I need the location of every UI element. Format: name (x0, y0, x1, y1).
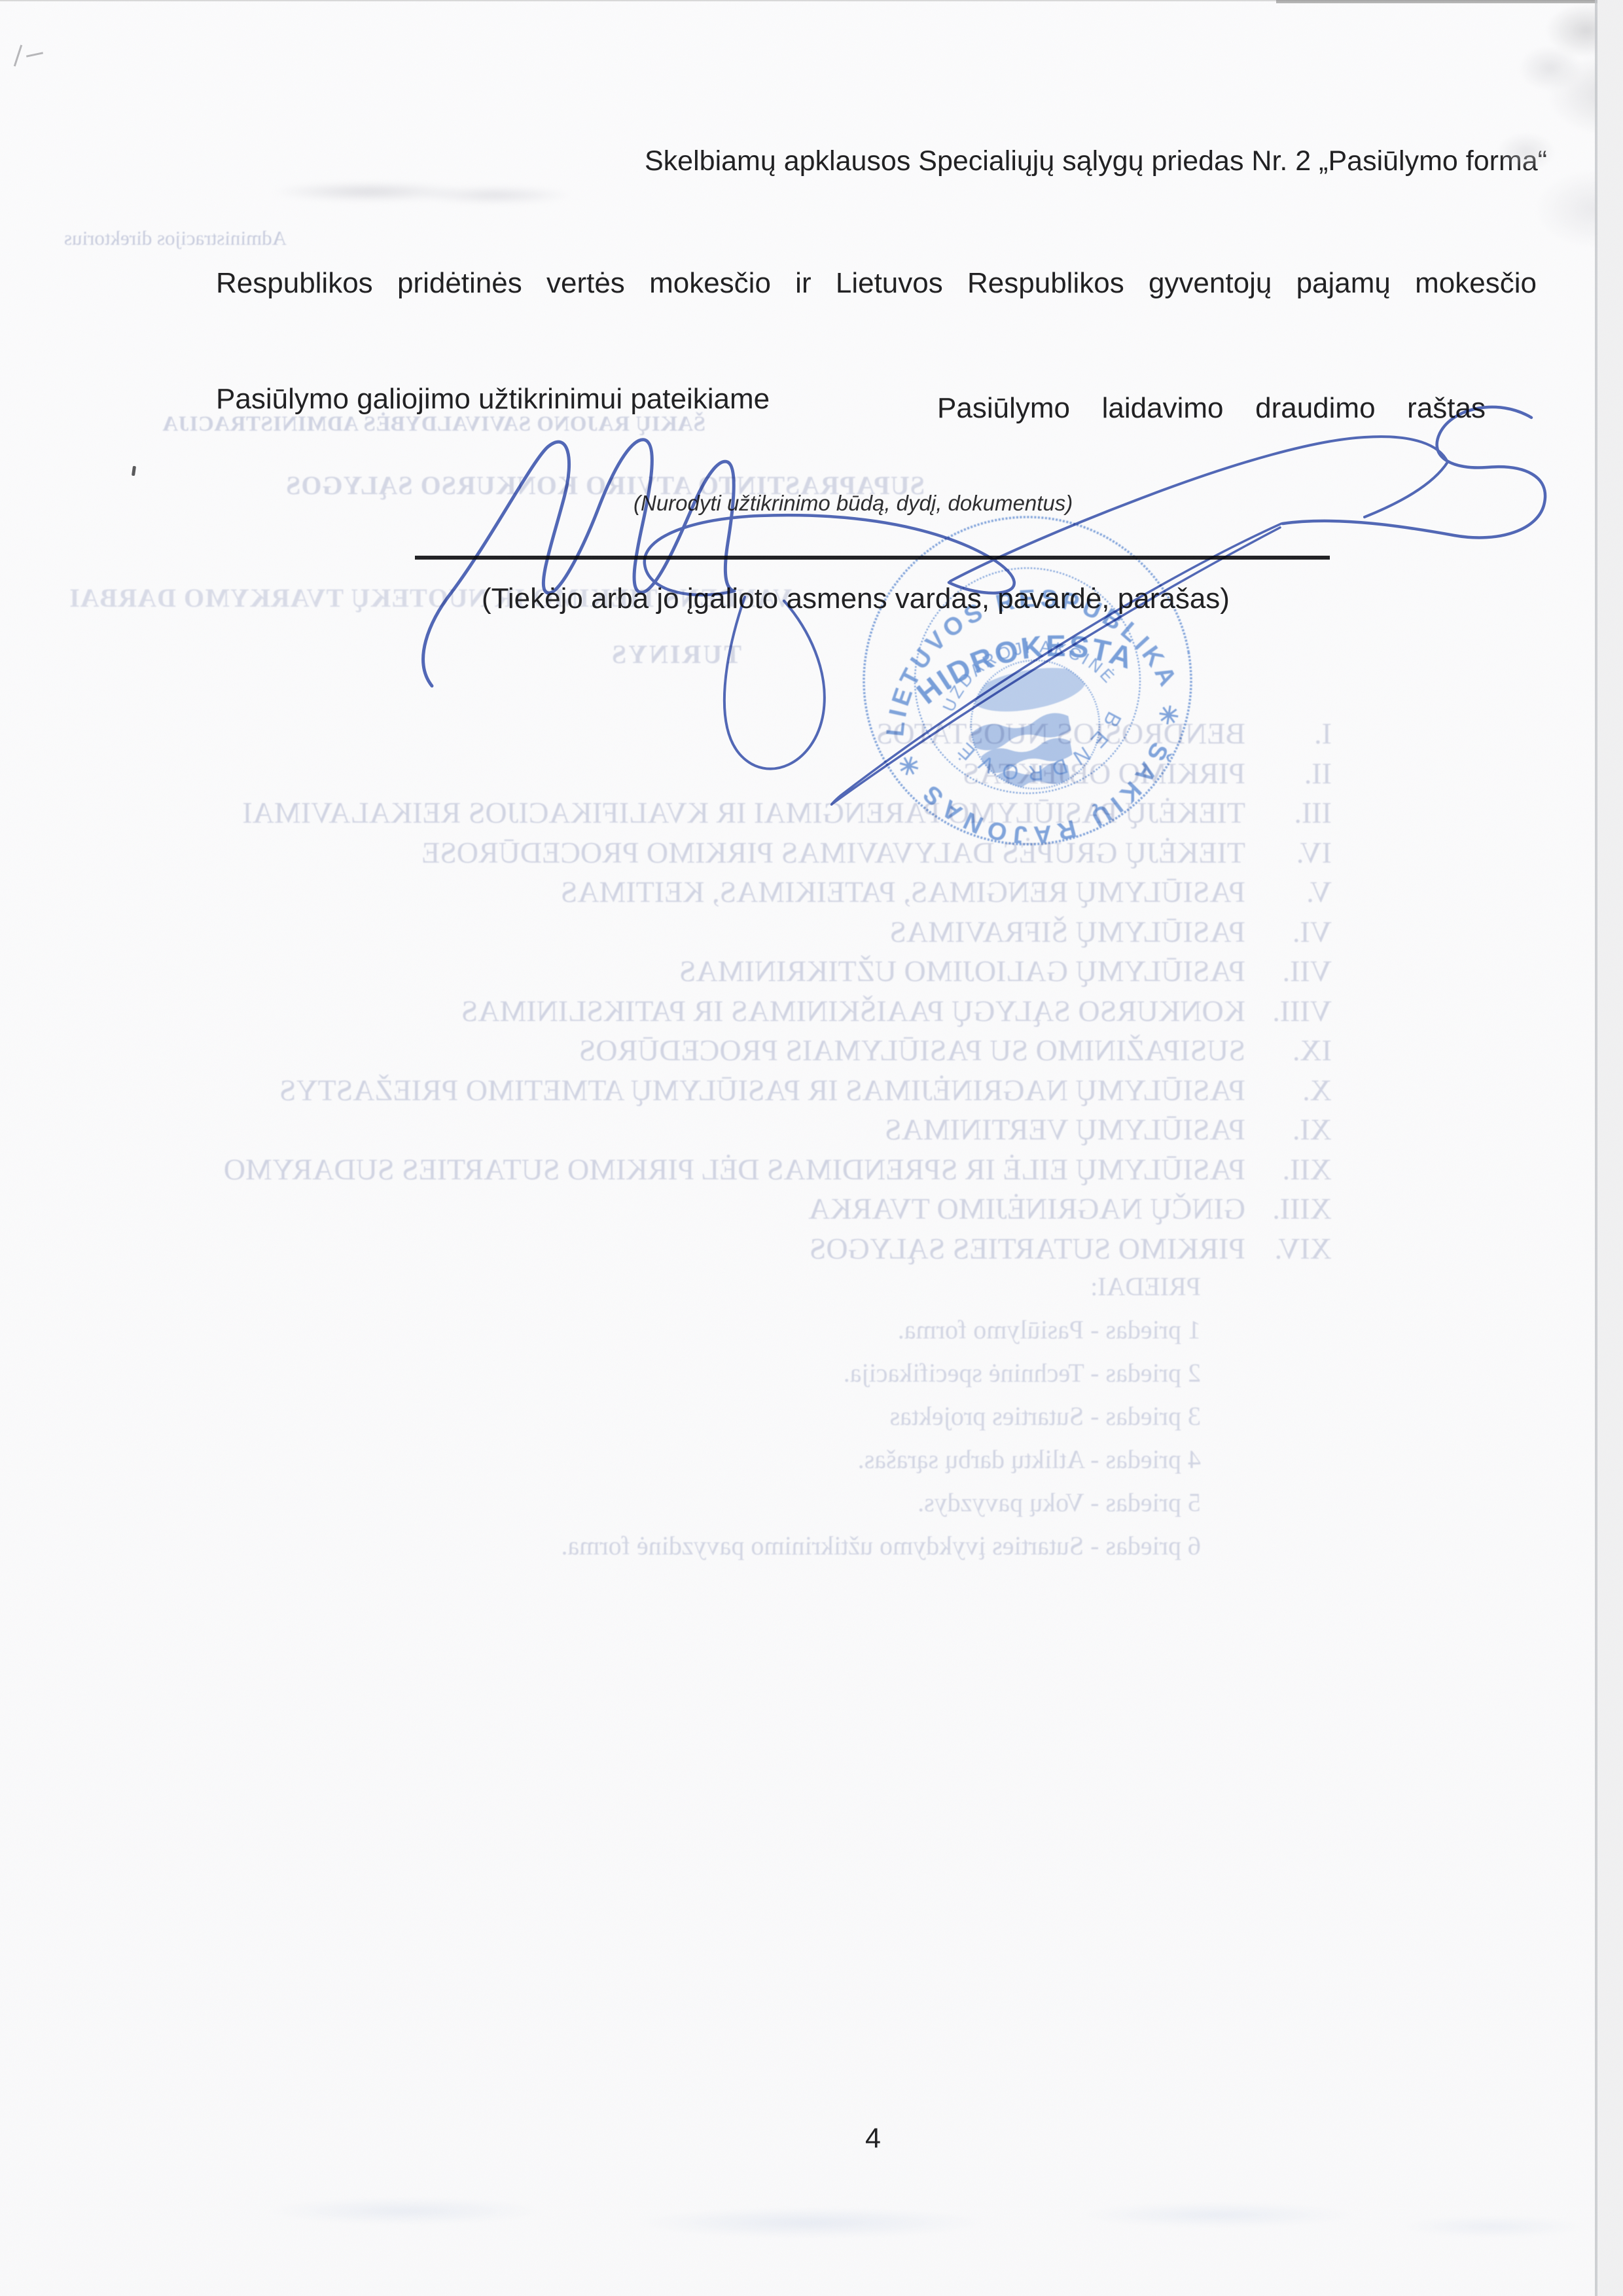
ghost-toc-row: V. PASIŪLYMŲ RENGIMAS, PATEIKIMAS, KEITI… (294, 877, 1332, 917)
ghost-appendix-item: 5 priedas - Vokų pavyzdys. (294, 1490, 1332, 1533)
guarantee-note: (Nurodyti užtikrinimo būdą, dydį, dokume… (633, 492, 1073, 514)
ghost-toc-row: IX. SUSIPAŽINIMO SU PASIŪLYMAIS PROCEDŪR… (294, 1035, 1332, 1075)
ghost-toc-numeral: III. (1245, 798, 1332, 828)
guarantee-value-line1: Pasiūlymo laidavimo draudimo raštas (937, 385, 1486, 478)
guarantee-label: Pasiūlymo galiojimo užtikrinimui pateiki… (216, 385, 770, 414)
ghost-appendix-item: 3 priedas - Sutarties projektas (294, 1403, 1332, 1446)
ghost-toc-text: PASIŪLYMŲ GALIOJIMO UŽTIKRINIMAS (679, 956, 1245, 986)
ghost-toc-row: XII. PASIŪLYMŲ EILĖ IR SPRENDIMAS DĖL PI… (294, 1155, 1332, 1194)
ghost-toc-numeral: II. (1245, 759, 1332, 789)
ghost-appendices: PRIEDAI: 1 priedas - Pasiūlymo forma. 2 … (294, 1274, 1332, 1576)
ghost-toc-numeral: V. (1245, 877, 1332, 907)
ghost-toc-numeral: XII. (1245, 1155, 1332, 1185)
ghost-toc-text: KONKURSO SĄLYGŲ PAAIŠKINIMAS IR PATIKSLI… (461, 996, 1245, 1026)
ghost-toc-text: PASIŪLYMŲ RENGIMAS, PATEIKIMAS, KEITIMAS (561, 877, 1245, 907)
stray-ink-mark (132, 466, 136, 476)
page-edge-strip (1597, 0, 1623, 2296)
ghost-toc-row: XIII. GINČŲ NAGRINĖJIMO TVARKA (294, 1194, 1332, 1234)
ghost-toc-numeral: IX. (1245, 1035, 1332, 1066)
ghost-toc-numeral: XIV. (1245, 1234, 1332, 1264)
ghost-toc-numeral: VII. (1245, 956, 1332, 986)
ghost-toc-row: VI. PASIŪLYMŲ ŠIFRAVIMAS (294, 917, 1332, 957)
ghost-toc-numeral: VI. (1245, 917, 1332, 947)
scan-corner-smudge (1381, 0, 1623, 380)
ghost-toc-numeral: I. (1245, 719, 1332, 749)
ghost-toc-row: X. PASIŪLYMŲ NAGRINĖJIMAS IR PASIŪLYMŲ A… (294, 1075, 1332, 1115)
ghost-toc-numeral: X. (1245, 1075, 1332, 1105)
scan-header-smudge (275, 175, 589, 208)
ghost-back-organization: ŠAKIŲ RAJONO SAVIVALDYBĖS ADMINISTRACIJA (215, 412, 705, 437)
scan-bottom-noise (0, 2179, 1623, 2258)
company-stamp: LIETUVOS RESPUBLIKA ✳ ŠAKIŲ RAJONAS ✳ UŽ… (832, 485, 1223, 876)
ghost-toc-row: IV. TIEKĖJŲ GRUPĖS DALYVAVIMAS PIRKIMO P… (294, 838, 1332, 878)
ghost-toc-text: PASIŪLYMŲ NAGRINĖJIMAS IR PASIŪLYMŲ ATME… (279, 1075, 1245, 1105)
ghost-toc-numeral: XIII. (1245, 1194, 1332, 1224)
ghost-appendix-item: 1 priedas - Pasiūlymo forma. (294, 1317, 1332, 1360)
ghost-toc-text: GINČŲ NAGRINĖJIMO TVARKA (808, 1194, 1245, 1224)
ghost-toc-numeral: VIII. (1245, 996, 1332, 1026)
ghost-back-contents-heading: TURINYS (588, 639, 741, 670)
body-paragraph-line1: Respublikos pridėtinės vertės mokesčio i… (216, 263, 1537, 344)
ghost-toc-row: VIII. KONKURSO SĄLYGŲ PAAIŠKINIMAS IR PA… (294, 996, 1332, 1036)
ghost-toc-row: VII. PASIŪLYMŲ GALIOJIMO UŽTIKRINIMAS (294, 956, 1332, 996)
guarantee-value: Pasiūlymo laidavimo draudimo raštas Nr.3… (937, 385, 1486, 478)
body-paragraph: Respublikos pridėtinės vertės mokesčio i… (216, 263, 1537, 344)
ghost-appendix-item: 6 priedas - Sutarties įvykdymo užtikrini… (294, 1533, 1332, 1576)
ghost-toc-text: TIEKĖJŲ GRUPĖS DALYVAVIMAS PIRKIMO PROCE… (421, 838, 1245, 868)
ghost-toc-text: PASIŪLYMŲ EILĖ IR SPRENDIMAS DĖL PIRKIMO… (224, 1155, 1245, 1185)
ghost-toc-text: SUSIPAŽINIMO SU PASIŪLYMAIS PROCEDŪROS (579, 1035, 1245, 1066)
pencil-mark (14, 41, 45, 80)
ghost-toc-numeral: IV. (1245, 838, 1332, 868)
page-number: 4 (865, 2125, 881, 2153)
scanned-document-page: Administracijos direktorius ŠAKIŲ RAJONO… (0, 0, 1623, 2296)
ghost-appendices-label: PRIEDAI: (294, 1274, 1332, 1317)
ghost-toc-row: XI. PASIŪLYMŲ VERTINIMAS (294, 1115, 1332, 1155)
ghost-toc-text: PIRKIMO SUTARTIES SĄLYGOS (810, 1234, 1245, 1264)
ghost-toc-text: PASIŪLYMŲ VERTINIMAS (885, 1115, 1245, 1145)
ghost-appendix-item: 4 priedas - Atliktų darbų sąrašas. (294, 1446, 1332, 1490)
ghost-toc-numeral: XI. (1245, 1115, 1332, 1145)
ghost-appendix-item: 2 priedas - Techninė specifikacija. (294, 1360, 1332, 1403)
ghost-back-signer: Administracijos direktorius (38, 226, 287, 250)
ghost-toc-row: XIV. PIRKIMO SUTARTIES SĄLYGOS (294, 1234, 1332, 1274)
stamp-emblem (963, 660, 1103, 798)
ghost-toc-text: PASIŪLYMŲ ŠIFRAVIMAS (889, 917, 1245, 947)
ghost-appendices-list: 1 priedas - Pasiūlymo forma. 2 priedas -… (294, 1317, 1332, 1576)
